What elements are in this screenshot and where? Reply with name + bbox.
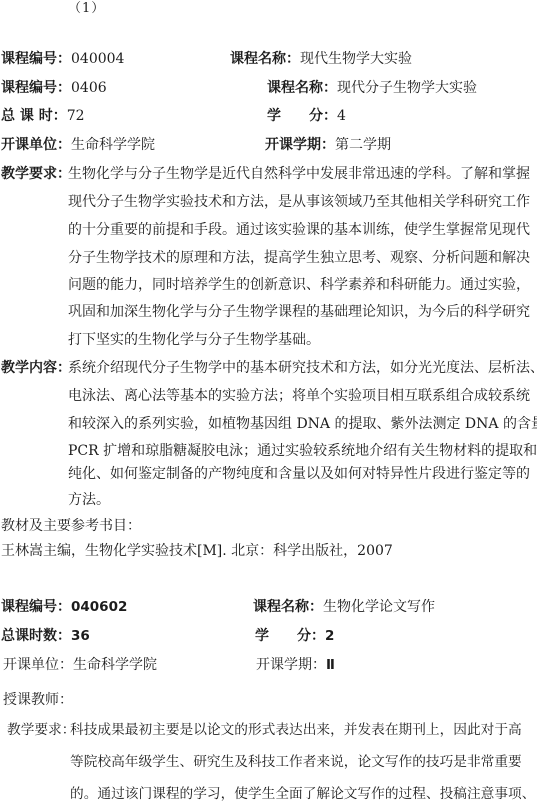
teaching-requirements-line: 生物化学与分子生物学是近代自然科学中发展非常迅速的学科。了解和掌握 bbox=[68, 166, 530, 182]
course1-name-label: 课程名称： bbox=[230, 51, 300, 67]
teaching-requirements-2-line: 的。通过该门课程的学习，使学生全面了解论文写作的过程、投稿注意事项、 bbox=[70, 787, 535, 803]
course1-semester-label: 开课学期： bbox=[265, 137, 335, 153]
course2-hours-field: 总课时数：36 bbox=[1, 628, 90, 645]
course1-semester-field: 开课学期：第二学期 bbox=[265, 137, 391, 153]
course2-code-label: 课程编号： bbox=[1, 599, 71, 615]
teaching-requirements-line: 巩固和加深生物化学与分子生物学课程的基础理论知识，为今后的科学研究 bbox=[68, 304, 530, 320]
teaching-requirements-label: 教学要求： bbox=[1, 166, 71, 182]
teaching-requirements-2-line: 等院校高年级学生、研究生及科技工作者来说，论文写作的技巧是非常重要 bbox=[70, 755, 522, 771]
course2-hours-label: 总课时数： bbox=[1, 628, 71, 644]
teachers-label: 授课教师： bbox=[3, 692, 73, 708]
course1-department-field: 开课单位：生命科学学院 bbox=[1, 137, 155, 153]
teaching-requirements-line: 分子生物学技术的原理和方法，提高学生独立思考、观察、分析问题和解决 bbox=[68, 250, 530, 266]
teaching-content-label: 教学内容： bbox=[1, 360, 71, 376]
course1-name-value: 现代生物学大实验 bbox=[300, 51, 412, 67]
course1-department-label: 开课单位： bbox=[1, 137, 71, 153]
page-number: （1） bbox=[68, 2, 105, 17]
course1-hours-value: 72 bbox=[67, 108, 85, 124]
teaching-content-line: 纯化、如何鉴定制备的产物纯度和含量以及如何对特异性片段进行鉴定等的 bbox=[68, 466, 530, 482]
teaching-content-line: 方法。 bbox=[68, 492, 110, 508]
course2-name-value: 生物化学论文写作 bbox=[323, 599, 435, 615]
course1-hours-field: 总 课 时：72 bbox=[1, 108, 85, 124]
course1-semester-value: 第二学期 bbox=[335, 137, 391, 153]
course1-credits-label: 学 分： bbox=[267, 108, 337, 124]
course2-name-field: 课程名称：生物化学论文写作 bbox=[253, 599, 435, 615]
teaching-requirements-2-line: 科技成果最初主要是以论文的形式表达出来，并发表在期刊上，因此对于高 bbox=[70, 723, 522, 739]
teaching-requirements-line: 的十分重要的前提和手段。通过该实验课的基本训练，使学生掌握常见现代 bbox=[68, 222, 530, 238]
course1-name2-label: 课程名称： bbox=[267, 80, 337, 96]
teaching-requirements-line: 打下坚实的生物化学与分子生物学基础。 bbox=[68, 332, 320, 348]
course2-semester-value: Ⅱ bbox=[326, 657, 335, 673]
course1-name-field: 课程名称：现代生物学大实验 bbox=[230, 51, 412, 67]
course2-department-value: 生命科学学院 bbox=[73, 657, 157, 673]
course1-name2-value: 现代分子生物学大实验 bbox=[337, 80, 477, 96]
references-heading: 教材及主要参考书目： bbox=[1, 518, 141, 534]
course1-hours-label: 总 课 时： bbox=[1, 108, 67, 124]
course2-code-value: 040602 bbox=[71, 599, 127, 615]
teaching-requirements-line: 现代分子生物学实验技术和方法，是从事该领域乃至其他相关学科研究工作 bbox=[68, 194, 530, 210]
teaching-content-line: PCR 扩增和琼脂糖凝胶电泳；通过实验较系统地介绍有关生物材料的提取和 bbox=[68, 443, 537, 459]
reference-entry: 王林嵩主编，生物化学实验技术[M]. 北京：科学出版社，2007 bbox=[1, 543, 393, 559]
course1-credits-field: 学 分：4 bbox=[267, 108, 346, 124]
course2-semester-label: 开课学期： bbox=[256, 657, 326, 673]
course2-department-field: 开课单位：生命科学学院 bbox=[3, 657, 157, 673]
document-page: （1） 课程编号：040004 课程名称：现代生物学大实验 课程编号：0406 … bbox=[0, 0, 537, 810]
course2-semester-field: 开课学期：Ⅱ bbox=[256, 657, 335, 674]
course2-code-field: 课程编号：040602 bbox=[1, 599, 127, 616]
course1-name2-field: 课程名称：现代分子生物学大实验 bbox=[267, 80, 477, 96]
course2-hours-value: 36 bbox=[71, 628, 90, 644]
course1-credits-value: 4 bbox=[337, 108, 346, 124]
course1-code-field: 课程编号：040004 bbox=[1, 51, 124, 67]
course2-credits-value: 2 bbox=[325, 628, 334, 644]
teaching-requirements-2-label: 教学要求： bbox=[7, 723, 75, 739]
teaching-content-line: 和较深入的系列实验，如植物基因组 DNA 的提取、紫外法测定 DNA 的含量、 bbox=[68, 416, 537, 432]
course2-department-label: 开课单位： bbox=[3, 657, 73, 673]
teaching-requirements-line: 问题的能力，同时培养学生的创新意识、科学素养和科研能力。通过实验， bbox=[68, 277, 530, 293]
course1-code2-label: 课程编号： bbox=[1, 80, 71, 96]
course2-credits-label: 学 分： bbox=[255, 628, 325, 644]
teaching-content-line: 电泳法、离心法等基本的实验方法；将单个实验项目相互联系组合成较系统 bbox=[68, 388, 530, 404]
course1-department-value: 生命科学学院 bbox=[71, 137, 155, 153]
course1-code2-value: 0406 bbox=[71, 80, 107, 96]
teaching-content-line: 系统介绍现代分子生物学中的基本研究技术和方法，如分光光度法、层析法、 bbox=[68, 360, 537, 376]
course1-code-value: 040004 bbox=[71, 51, 124, 67]
course1-code2-field: 课程编号：0406 bbox=[1, 80, 107, 96]
course2-name-label: 课程名称： bbox=[253, 599, 323, 615]
course2-credits-field: 学 分：2 bbox=[255, 628, 334, 645]
course1-code-label: 课程编号： bbox=[1, 51, 71, 67]
